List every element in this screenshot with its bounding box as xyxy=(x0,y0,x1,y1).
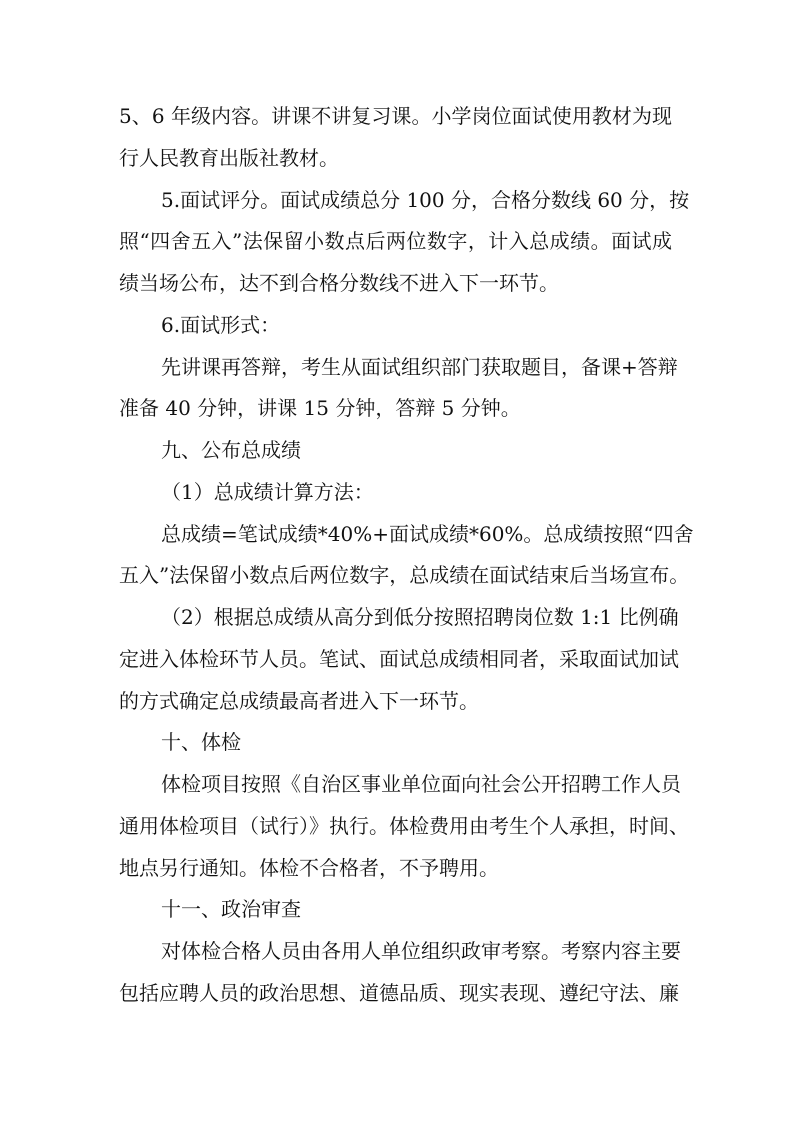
text-line: 行人民教育出版社教材。 xyxy=(119,138,672,180)
text-line: 体检项目按照《自治区事业单位面向社会公开招聘工作人员 xyxy=(119,764,672,806)
text-line: 总成绩=笔试成绩*40%+面试成绩*60%。总成绩按照“四舍 xyxy=(119,514,672,556)
document-page: 5、6 年级内容。讲课不讲复习课。小学岗位面试使用教材为现 行人民教育出版社教材… xyxy=(0,0,793,1122)
text-line: 准备 40 分钟，讲课 15 分钟，答辩 5 分钟。 xyxy=(119,388,672,430)
subheading-score-calculation: （1）总成绩计算方法： xyxy=(119,472,672,514)
text-line: 对体检合格人员由各用人单位组织政审考察。考察内容主要 xyxy=(119,931,672,973)
section-heading-political-review: 十一、政治审查 xyxy=(119,889,672,931)
text-line: 5.面试评分。面试成绩总分 100 分，合格分数线 60 分，按 xyxy=(119,180,672,222)
text-line: 先讲课再答辩，考生从面试组织部门获取题目，备课+答辩 xyxy=(119,347,672,389)
text-line: （2）根据总成绩从高分到低分按照招聘岗位数 1:1 比例确 xyxy=(119,597,672,639)
text-line: 通用体检项目（试行）》执行。体检费用由考生个人承担，时间、 xyxy=(119,806,672,848)
text-line: 5、6 年级内容。讲课不讲复习课。小学岗位面试使用教材为现 xyxy=(119,96,672,138)
text-line: 地点另行通知。体检不合格者，不予聘用。 xyxy=(119,848,672,890)
section-heading-physical-exam: 十、体检 xyxy=(119,722,672,764)
document-body: 5、6 年级内容。讲课不讲复习课。小学岗位面试使用教材为现 行人民教育出版社教材… xyxy=(119,96,672,1015)
text-line: 绩当场公布，达不到合格分数线不进入下一环节。 xyxy=(119,263,672,305)
text-line: 的方式确定总成绩最高者进入下一环节。 xyxy=(119,681,672,723)
text-line: 包括应聘人员的政治思想、道德品质、现实表现、遵纪守法、廉 xyxy=(119,973,672,1015)
text-line: 照“四舍五入”法保留小数点后两位数字，计入总成绩。面试成 xyxy=(119,221,672,263)
section-heading-total-score: 九、公布总成绩 xyxy=(119,430,672,472)
text-line: 定进入体检环节人员。笔试、面试总成绩相同者，采取面试加试 xyxy=(119,639,672,681)
text-line: 五入”法保留小数点后两位数字，总成绩在面试结束后当场宣布。 xyxy=(119,555,672,597)
subheading-interview-format: 6.面试形式： xyxy=(119,305,672,347)
